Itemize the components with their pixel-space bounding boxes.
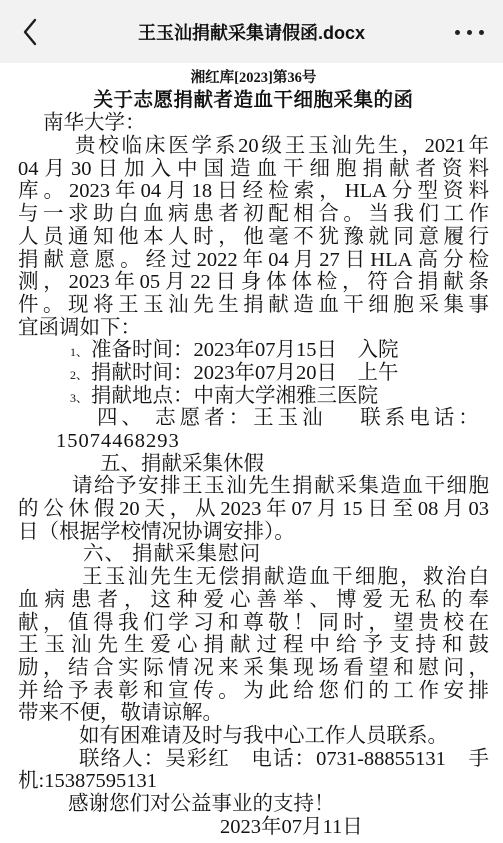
- paragraph-line: 04月30日加入中国造血干细胞捐献者资料: [18, 158, 489, 181]
- contact-person-line-2: 机:15387595131: [18, 770, 489, 793]
- paragraph-line: 并给予表彰和宣传。为此给您们的工作安排: [18, 680, 489, 703]
- ellipsis-icon: [455, 30, 484, 35]
- document-viewer-app: 王玉汕捐献采集请假函.docx 湘红库[2023]第36号 关于志愿捐献者造血干…: [0, 0, 503, 843]
- document-date: 2023年07月11日: [18, 816, 489, 839]
- paragraph-line: 人员通知他本人时，他毫不犹豫就同意履行: [18, 226, 489, 249]
- top-bar: 王玉汕捐献采集请假函.docx: [0, 0, 503, 63]
- list-item-3: 3、捐献地点：中南大学湘雅三医院: [18, 385, 489, 408]
- list-marker: 2、: [70, 368, 88, 382]
- list-text: 捐献地点：中南大学湘雅三医院: [91, 385, 378, 407]
- list-item-1: 1、准备时间：2023年07月15日 入院: [18, 339, 489, 362]
- paragraph-line: 请给予安排王玉汕先生捐献采集造血干细胞: [18, 475, 489, 498]
- back-button[interactable]: [10, 14, 50, 50]
- more-options-button[interactable]: [447, 16, 491, 48]
- paragraph-line: 库。2023年04月18日经检索，HLA分型资料: [18, 180, 489, 203]
- paragraph-line: 血病患者，这种爱心善举、博爱无私的奉: [18, 589, 489, 612]
- list-text: 准备时间：2023年07月15日 入院: [91, 339, 399, 361]
- paragraph-line: 献，值得我们学习和尊敬！同时，望贵校在: [18, 612, 489, 635]
- list-item-4: 四、 志愿者：王玉汕 联系电话：: [18, 407, 489, 430]
- paragraph-line: 励，结合实际情况来采集现场看望和慰问，: [18, 657, 489, 680]
- list-item-2: 2、捐献时间：2023年07月20日 上午: [18, 362, 489, 385]
- paragraph-line: 测，2023年05月22日身体体检，符合捐献条: [18, 271, 489, 294]
- paragraph-line: 贵校临床医学系20级王玉汕先生，2021年: [18, 135, 489, 158]
- chevron-left-icon: [22, 18, 38, 46]
- paragraph-line: 日（根据学校情况协调安排）。: [18, 521, 489, 544]
- closing-thanks: 感谢您们对公益事业的支持！: [18, 793, 489, 816]
- doc-heading: 关于志愿捐献者造血干细胞采集的函: [18, 90, 489, 113]
- paragraph-line: 的公休假20天，从2023年07月15日至08月03: [18, 498, 489, 521]
- list-marker: 3、: [70, 391, 88, 405]
- paragraph-line: 捐献意愿。经过2022年04月27日HLA高分检: [18, 249, 489, 272]
- paragraph-line: 与一求助白血病患者初配相合。当我们工作: [18, 203, 489, 226]
- section-6-title: 六、 捐献采集慰问: [18, 543, 489, 566]
- section-5-title: 五、捐献采集休假: [18, 453, 489, 476]
- document-title: 王玉汕捐献采集请假函.docx: [55, 0, 448, 63]
- paragraph-line: 件。现将王玉汕先生捐献造血干细胞采集事: [18, 294, 489, 317]
- contact-note: 如有困难请及时与我中心工作人员联系。: [18, 725, 489, 748]
- paragraph-line: 带来不便，敬请谅解。: [18, 702, 489, 725]
- doc-number: 湘红库[2023]第36号: [18, 67, 489, 90]
- document-viewport[interactable]: 湘红库[2023]第36号 关于志愿捐献者造血干细胞采集的函 南华大学： 贵校临…: [0, 63, 503, 843]
- list-marker: 1、: [70, 345, 88, 359]
- salutation: 南华大学：: [18, 112, 489, 135]
- paragraph-line: 宜函调如下：: [18, 317, 489, 340]
- paragraph-line: 王玉汕先生无偿捐献造血干细胞，救治白: [18, 566, 489, 589]
- contact-person-line: 联络人：吴彩红 电话：0731-88855131 手: [18, 748, 489, 771]
- volunteer-phone: 15074468293: [18, 430, 489, 453]
- paragraph-line: 王玉汕先生爱心捐献过程中给予支持和鼓: [18, 634, 489, 657]
- list-text: 捐献时间：2023年07月20日 上午: [91, 362, 399, 384]
